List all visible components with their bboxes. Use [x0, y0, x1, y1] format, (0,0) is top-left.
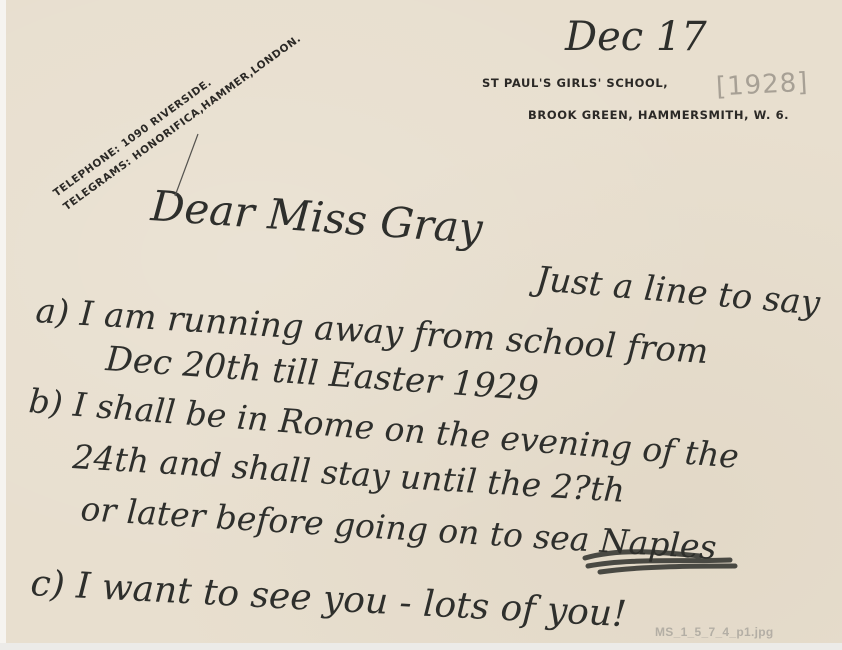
letter-line-7: c) I want to see you - lots of you! — [30, 563, 628, 635]
scanned-letter: TELEPHONE: 1090 RIVERSIDE. TELEGRAMS: HO… — [0, 0, 842, 650]
salutation: Dear Miss Gray — [148, 181, 485, 253]
letter-line-1: Just a line to say — [528, 259, 822, 324]
handwriting-layer: Dec 17 Dear Miss Gray Just a line to say… — [0, 0, 842, 650]
file-watermark: MS_1_5_7_4_p1.jpg — [655, 625, 774, 639]
letter-date: Dec 17 — [564, 14, 707, 60]
